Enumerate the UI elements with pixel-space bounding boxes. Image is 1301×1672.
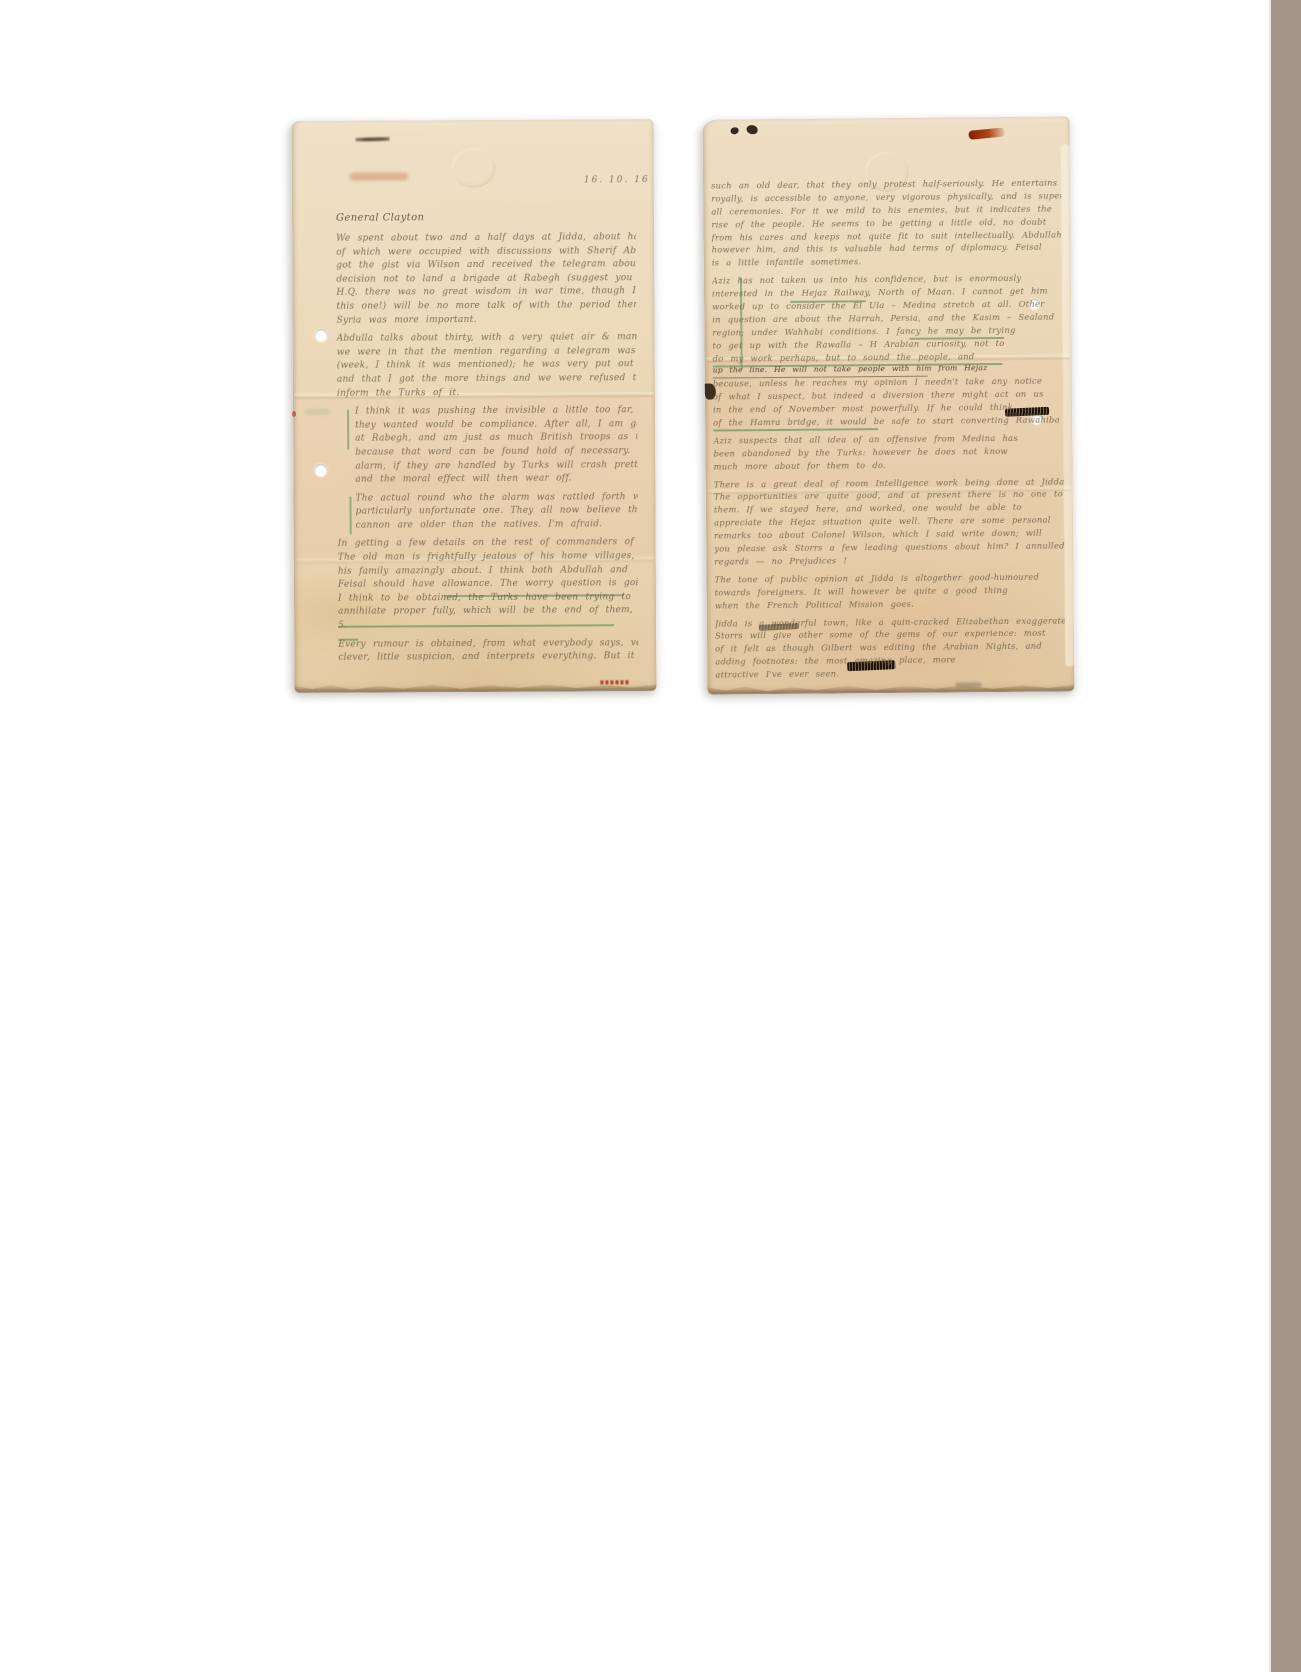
book-edge-bar xyxy=(1269,0,1301,1672)
handwriting-line: they wanted would be compliance. After a… xyxy=(355,418,637,433)
handwriting-line: clever, little suspicion, and interprets… xyxy=(338,650,638,665)
handwriting-line: cannon are older than the natives. I'm a… xyxy=(356,518,638,533)
handwriting-line: attractive I've ever seen. xyxy=(715,666,1065,682)
handwriting-line: regards — no Prejudices ! xyxy=(714,552,1064,568)
handwritten-paragraph: Aziz has not taken us into his confidenc… xyxy=(712,272,1063,430)
handwriting-line: much more about for them to do. xyxy=(713,457,1063,473)
handwritten-paragraph: Jidda is a wonderful town, like a quin-c… xyxy=(715,614,1066,682)
handwriting-line: The actual round who the alarm was rattl… xyxy=(355,491,637,506)
ink-smudge-mark xyxy=(356,136,390,142)
handwriting-line: alarm, if they are handled by Turks will… xyxy=(355,459,637,474)
handwriting-line: at Rabegh, and am just as much British t… xyxy=(355,431,637,446)
handwritten-paragraph: Abdulla talks about thirty, with a very … xyxy=(337,331,637,401)
handwritten-paragraph: In getting a few details on the rest of … xyxy=(338,537,638,634)
letter-body: such an old dear, that they only protest… xyxy=(711,176,1065,681)
embossed-letterhead-crest xyxy=(452,148,496,188)
punch-hole xyxy=(314,464,327,477)
handwriting-line: of the Hamra bridge, it would be safe to… xyxy=(713,414,1063,430)
handwriting-line: because that word can be found hold of n… xyxy=(355,445,637,460)
green-smudge-mark xyxy=(305,409,331,415)
handwritten-paragraph: There is a great deal of room Intelligen… xyxy=(714,475,1065,568)
handwritten-paragraph: I think it was pushing the invisible a l… xyxy=(337,404,637,487)
ink-blot xyxy=(731,127,739,134)
handwritten-paragraph: We spent about two and a half days at Ji… xyxy=(336,231,636,328)
ink-blot xyxy=(747,125,758,134)
handwriting-line: inform the Turks of it. xyxy=(337,386,637,401)
handwritten-text-block: General Clayton We spent about two and a… xyxy=(336,211,638,670)
handwriting-line: 5. xyxy=(338,618,638,633)
red-inventory-mark xyxy=(600,680,630,684)
handwritten-text-block: such an old dear, that they only protest… xyxy=(711,176,1065,686)
red-wax-smear xyxy=(968,127,1005,139)
faint-red-inscription xyxy=(350,172,408,180)
handwriting-line: and the moral effect will then wear off. xyxy=(355,472,637,487)
handwriting-line: particularly unfortunate one. They all n… xyxy=(356,504,638,519)
handwriting-line: Syria was more important. xyxy=(337,313,637,328)
letter-page-2: such an old dear, that they only protest… xyxy=(703,116,1075,693)
handwritten-paragraph: The tone of public opinion at Jidda is a… xyxy=(714,570,1064,612)
letter-body: We spent about two and a half days at Ji… xyxy=(336,231,638,665)
handwritten-paragraph: such an old dear, that they only protest… xyxy=(711,176,1062,269)
salutation: General Clayton xyxy=(336,211,636,227)
handwriting-line: when the French Political Mission goes. xyxy=(715,596,1065,612)
red-edge-mark xyxy=(292,411,296,417)
punch-hole xyxy=(315,329,328,342)
handwritten-paragraph: The actual round who the alarm was rattl… xyxy=(337,491,637,533)
handwriting-line: is a little infantile sometimes. xyxy=(712,254,1062,270)
handwriting-line: I think it was pushing the invisible a l… xyxy=(355,404,637,419)
handwritten-paragraph: Aziz suspects that all idea of an offens… xyxy=(713,431,1063,473)
catalog-photo-page: 16. 10. 16 General Clayton We spent abou… xyxy=(0,0,1301,1672)
letter-date: 16. 10. 16 xyxy=(584,175,650,185)
handwritten-paragraph: Every rumour is obtained, from what ever… xyxy=(338,637,638,666)
letter-page-1: 16. 10. 16 General Clayton We spent abou… xyxy=(292,119,657,692)
